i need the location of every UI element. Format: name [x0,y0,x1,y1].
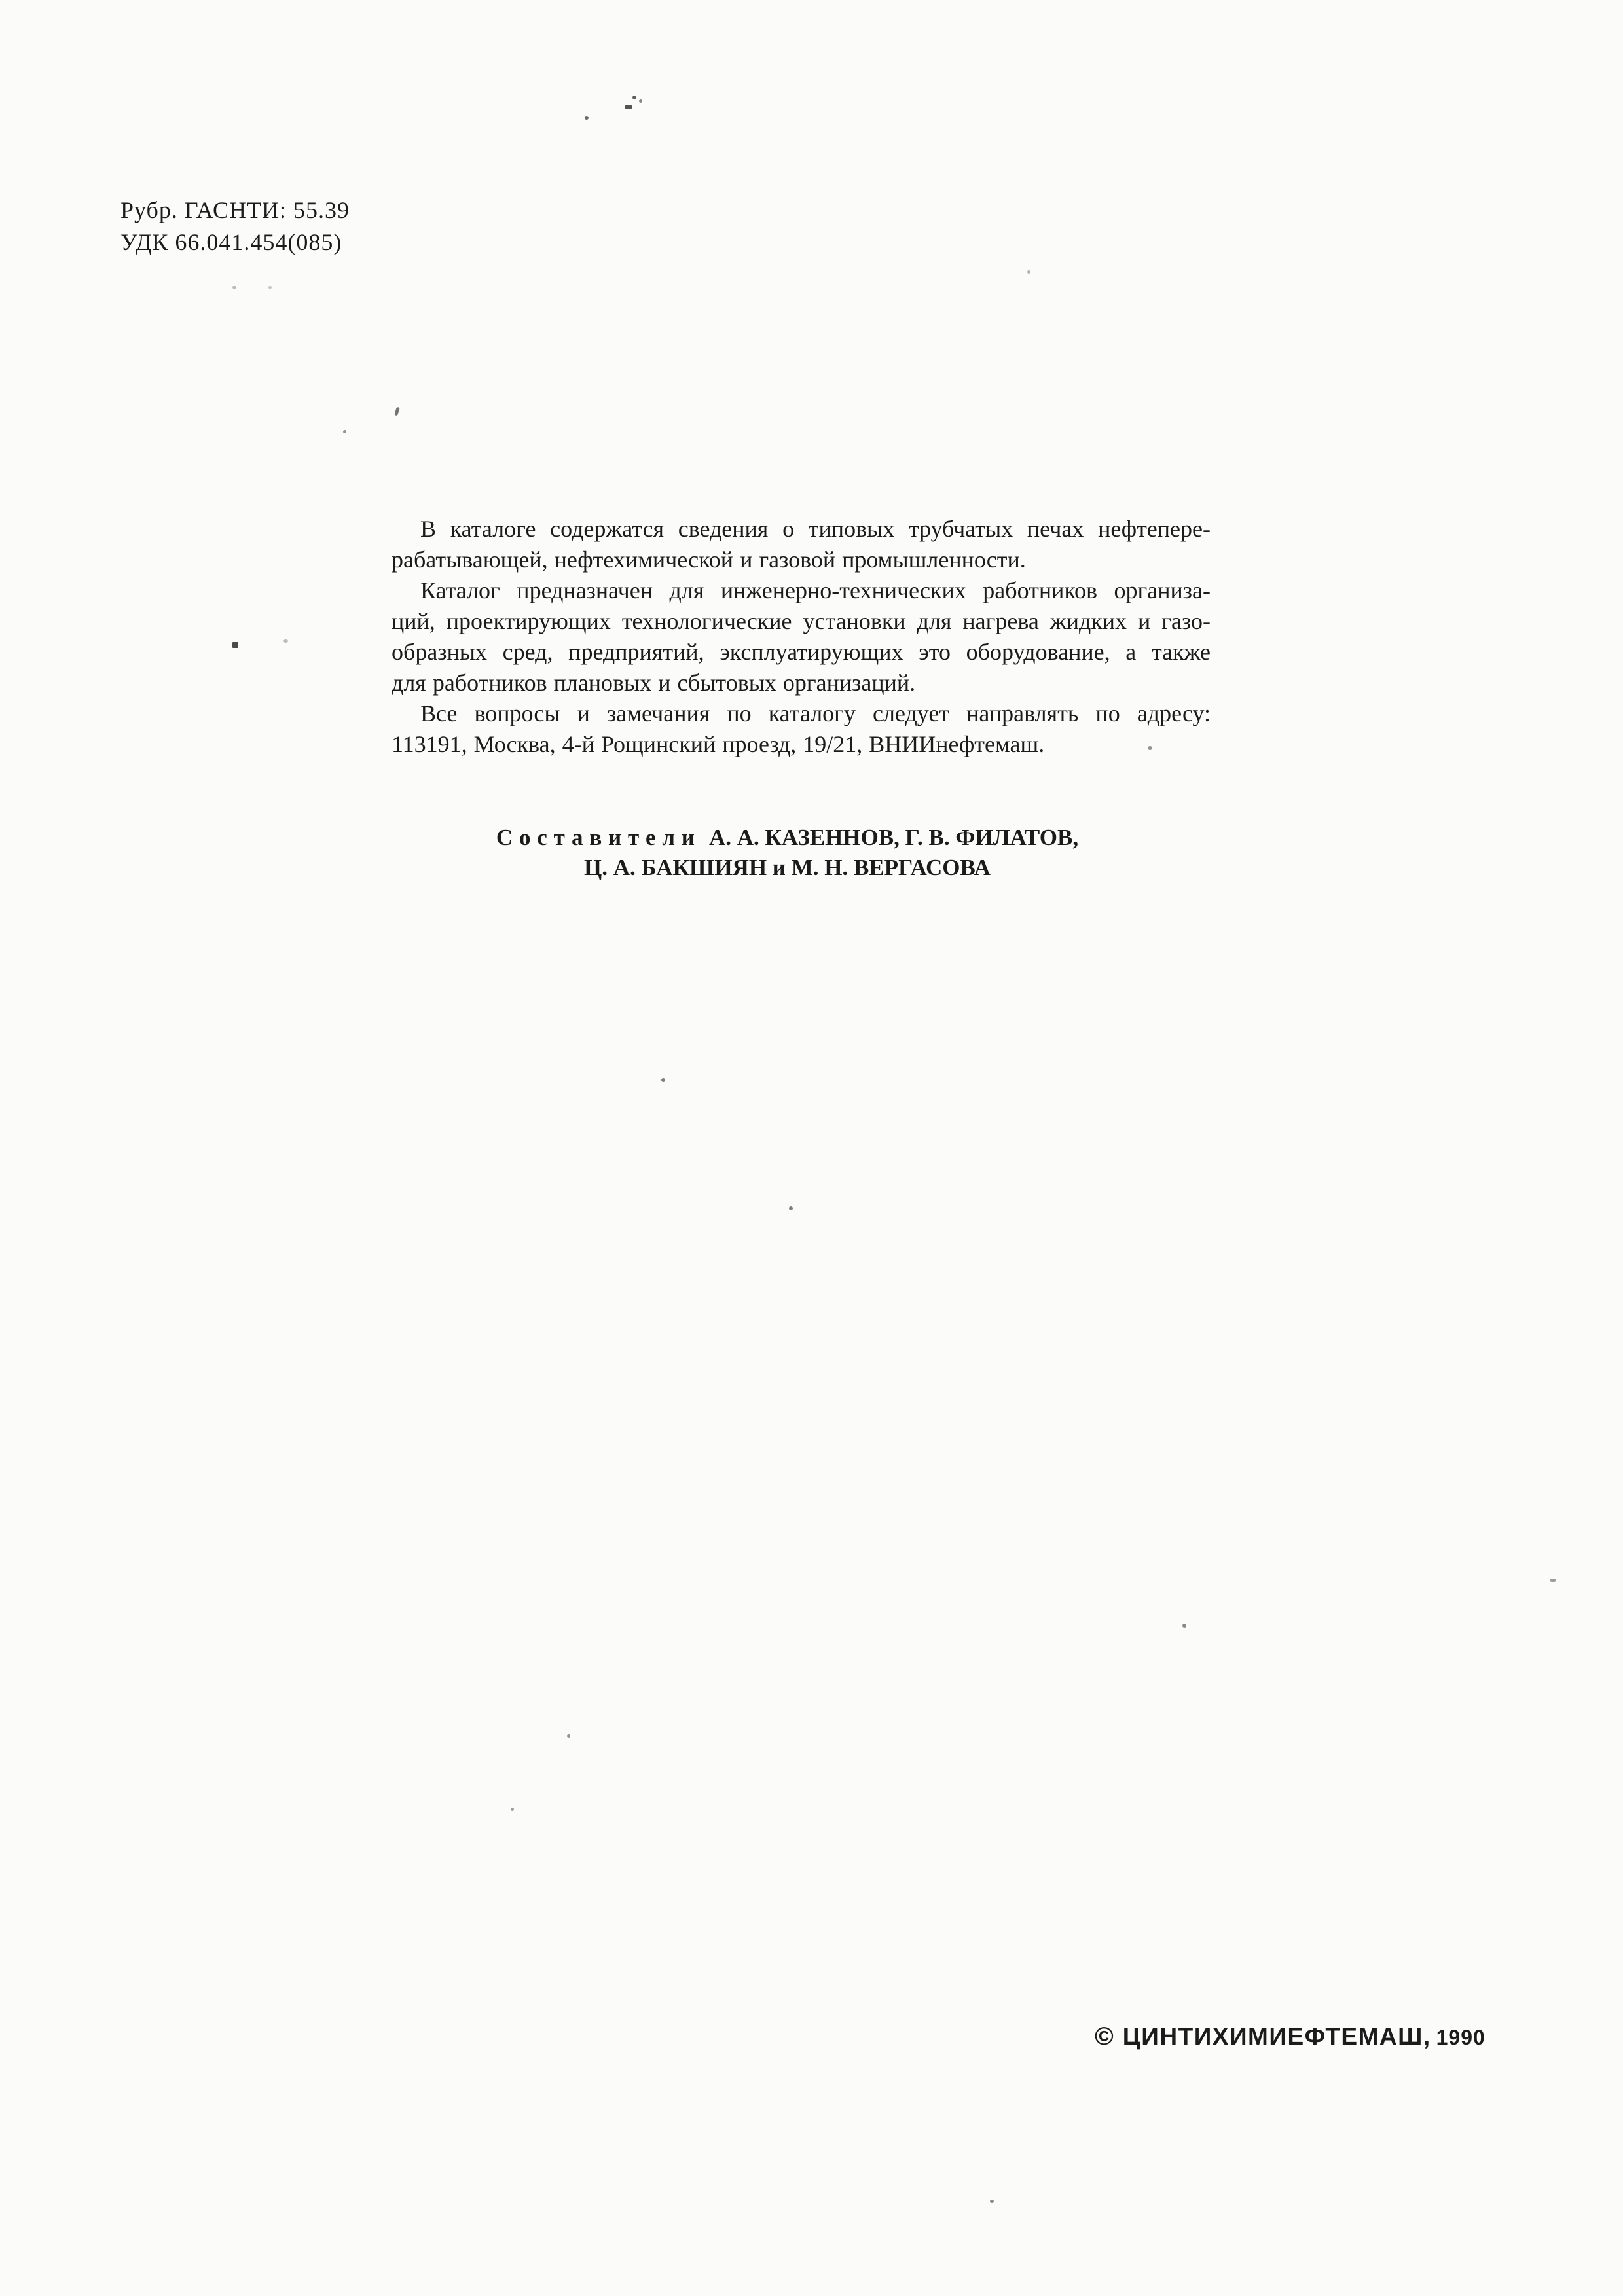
scan-speck [394,407,400,416]
scan-speck [661,1078,665,1082]
text-line: Каталог предназначен для инженерно-техни… [392,575,1211,606]
compilers-block: СоставителиА. А. КАЗЕННОВ, Г. В. ФИЛАТОВ… [376,823,1198,883]
scan-speck [639,99,642,103]
udk-line: УДК 66.041.454(085) [120,226,350,259]
scan-speck [1148,746,1152,750]
text-line: рабатывающей, нефтехимической и газовой … [392,545,1211,575]
rubric-line: Рубр. ГАСНТИ: 55.39 [120,194,350,226]
scan-speck [585,116,589,120]
text-line: для работников плановых и сбытовых орган… [392,668,1211,698]
scan-speck [1182,1624,1186,1628]
scan-speck [567,1734,570,1738]
classification-block: Рубр. ГАСНТИ: 55.39 УДК 66.041.454(085) [120,194,350,259]
compilers-label: Составители [496,825,701,850]
scan-speck [1027,270,1030,274]
text-line: образных сред, предприятий, эксплуатирую… [392,637,1211,668]
copyright-year: 1990 [1436,2026,1486,2049]
scan-speck [625,105,632,109]
scan-speck [283,639,288,643]
compilers-line-2: Ц. А. БАКШИЯН и М. Н. ВЕРГАСОВА [376,853,1198,883]
abstract-block: В каталоге содержатся сведения о типовых… [392,514,1211,760]
copyright-icon: © [1095,2022,1114,2051]
copyright-organization: ЦИНТИХИМИЕФТЕМАШ, [1123,2023,1431,2050]
scan-speck [232,642,238,648]
scan-speck [1550,1579,1556,1582]
copyright-line: ©ЦИНТИХИМИЕФТЕМАШ,1990 [1095,2022,1486,2052]
compilers-line-1: СоставителиА. А. КАЗЕННОВ, Г. В. ФИЛАТОВ… [376,823,1198,853]
text-line: Все вопросы и замечания по каталогу след… [392,698,1211,729]
scan-speck [343,430,346,433]
text-line: ций, проектирующих технологические устан… [392,606,1211,637]
scanned-page: Рубр. ГАСНТИ: 55.39 УДК 66.041.454(085) … [0,0,1623,2296]
scan-speck [789,1206,793,1210]
scan-speck [990,2200,994,2203]
scan-speck [511,1808,514,1811]
scan-speck [268,286,272,289]
scan-speck [632,96,636,99]
text-line: В каталоге содержатся сведения о типовых… [392,514,1211,545]
compilers-names-1: А. А. КАЗЕННОВ, Г. В. ФИЛАТОВ, [709,825,1078,850]
scan-speck [232,286,236,289]
text-line: 113191, Москва, 4-й Рощинский проезд, 19… [392,729,1211,760]
